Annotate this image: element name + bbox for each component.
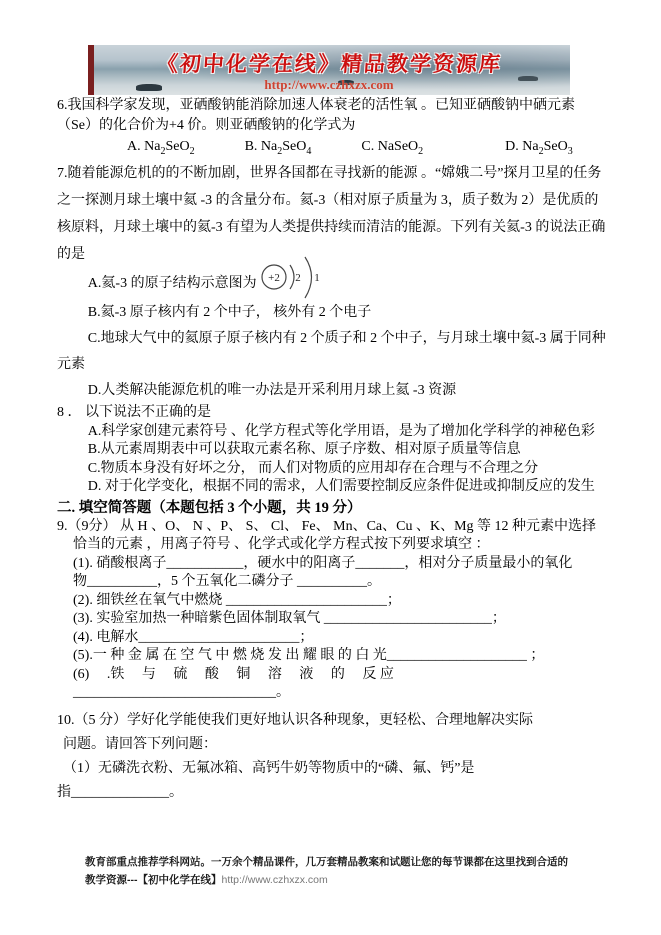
option-d: D.人类解决能源危机的唯一办法是开采利用月球上氦 -3 资源 — [57, 378, 606, 404]
question-9: 9.（9分） 从 H 、O、 N 、P、 S、 Cl、 Fe、 Mn、Ca、Cu… — [57, 518, 606, 703]
boat-silhouette — [518, 76, 538, 81]
question-10-line-2: 问题。请回答下列问题： — [57, 733, 606, 757]
question-9-item-4: (4). 电解水_______________________； — [57, 629, 606, 648]
question-6-options: A. Na2SeO2 B. Na2SeO4 C. NaSeO2 D. Na2Se… — [57, 136, 606, 157]
question-6-text: 6.我国科学家发现，亚硒酸钠能消除加速人体衰老的活性氧 。已知亚硒酸钠中硒元素（… — [57, 96, 606, 136]
option-c: C.物质本身没有好坏之分， 而人们对物质的应用却存在合理与不合理之分 — [57, 460, 606, 479]
question-6: 6.我国科学家发现，亚硒酸钠能消除加速人体衰老的活性氧 。已知亚硒酸钠中硒元素（… — [57, 96, 606, 157]
boat-silhouette — [136, 84, 162, 91]
option-b: B. Na2SeO4 — [245, 136, 312, 157]
question-8: 8 ． 以下说法不正确的是 A.科学家创建元素符号 、化学方程式等化学用语，是为… — [57, 404, 606, 497]
section-2-title: 二. 填空简答题（本题包括 3 个小题，共 19 分） — [57, 498, 606, 518]
question-9-item-1: (1). 硝酸根离子___________，硬水中的阳离子_______，相对分… — [57, 555, 606, 592]
question-10-line-1: 10.（5 分）学好化学能使我们更好地认识各种现象，更轻松、合理地解决实际 — [57, 709, 606, 733]
option-c: C. NaSeO2 — [361, 136, 423, 157]
footer-line-2: 教学资源---【初中化学在线】http://www.czhxzx.com — [85, 871, 595, 889]
option-b: B.氦-3 原子核内有 2 个中子， 核外有 2 个电子 — [57, 300, 606, 326]
page-footer: 教育部重点推荐学科网站。一万余个精品课件，几万套精品教案和试题让您的每节课都在这… — [85, 853, 595, 889]
option-a: A. Na2SeO2 — [127, 136, 195, 157]
question-7: 7.随着能源危机的的不断加剧，世界各国都在寻找新的能源 。“嫦娥二号”探月卫星的… — [57, 160, 606, 404]
nucleus-charge: +2 — [268, 272, 280, 284]
question-9-item-3: (3). 实验室加热一种暗紫色固体制取氧气 __________________… — [57, 610, 606, 629]
site-banner: 《初中化学在线》精品教学资源库 http://www.czhxzx.com — [88, 45, 570, 95]
question-9-item-5: (5).一 种 金 属 在 空 气 中 燃 烧 发 出 耀 眼 的 白 光___… — [57, 647, 606, 666]
footer-url: http://www.czhxzx.com — [222, 874, 328, 886]
banner-title: 《初中化学在线》精品教学资源库 — [155, 48, 502, 78]
question-10: 10.（5 分）学好化学能使我们更好地认识各种现象，更轻松、合理地解决实际 问题… — [57, 709, 606, 805]
shell-1-electrons: 2 — [295, 272, 301, 284]
question-10-line-4: 指______________。 — [57, 781, 606, 805]
option-b: B.从元素周期表中可以获取元素名称、原子序数、相对原子质量等信息 — [57, 441, 606, 460]
banner-left-strip — [88, 45, 94, 95]
question-9-intro: 9.（9分） 从 H 、O、 N 、P、 S、 Cl、 Fe、 Mn、Ca、Cu… — [57, 518, 606, 555]
option-d: D. Na2SeO3 — [505, 136, 573, 157]
option-a: A.氦-3 的原子结构示意图为 +2 2 1 — [57, 268, 606, 300]
question-8-text: 8 ． 以下说法不正确的是 — [57, 404, 606, 423]
question-9-item-2: (2). 细铁丝在氧气中燃烧 _______________________； — [57, 592, 606, 611]
question-9-item-6: (6) .铁 与 硫 酸 铜 溶 液 的 反 应________________… — [57, 666, 606, 703]
option-d: D. 对于化学变化，根据不同的需求，人们需要控制反应条件促进或抑制反应的发生 — [57, 478, 606, 497]
exam-document-page: 《初中化学在线》精品教学资源库 http://www.czhxzx.com 6.… — [0, 0, 661, 935]
option-a: A.科学家创建元素符号 、化学方程式等化学用语，是为了增加化学科学的神秘色彩 — [57, 423, 606, 442]
electron-shell-arc — [305, 257, 312, 298]
banner-url: http://www.czhxzx.com — [264, 77, 393, 93]
question-10-line-3: （1）无磷洗衣粉、无氟冰箱、高钙牛奶等物质中的“磷、氟、钙”是 — [57, 757, 606, 781]
exam-content: 6.我国科学家发现，亚硒酸钠能消除加速人体衰老的活性氧 。已知亚硒酸钠中硒元素（… — [57, 96, 606, 805]
shell-2-electrons: 1 — [314, 272, 320, 284]
electron-shell-arc — [290, 265, 294, 289]
question-7-text: 7.随着能源危机的的不断加剧，世界各国都在寻找新的能源 。“嫦娥二号”探月卫星的… — [57, 160, 606, 268]
option-c: C.地球大气中的氦原子原子核内有 2 个质子和 2 个中子，与月球土壤中氦-3 … — [57, 326, 606, 378]
footer-line-1: 教育部重点推荐学科网站。一万余个精品课件，几万套精品教案和试题让您的每节课都在这… — [85, 853, 595, 871]
